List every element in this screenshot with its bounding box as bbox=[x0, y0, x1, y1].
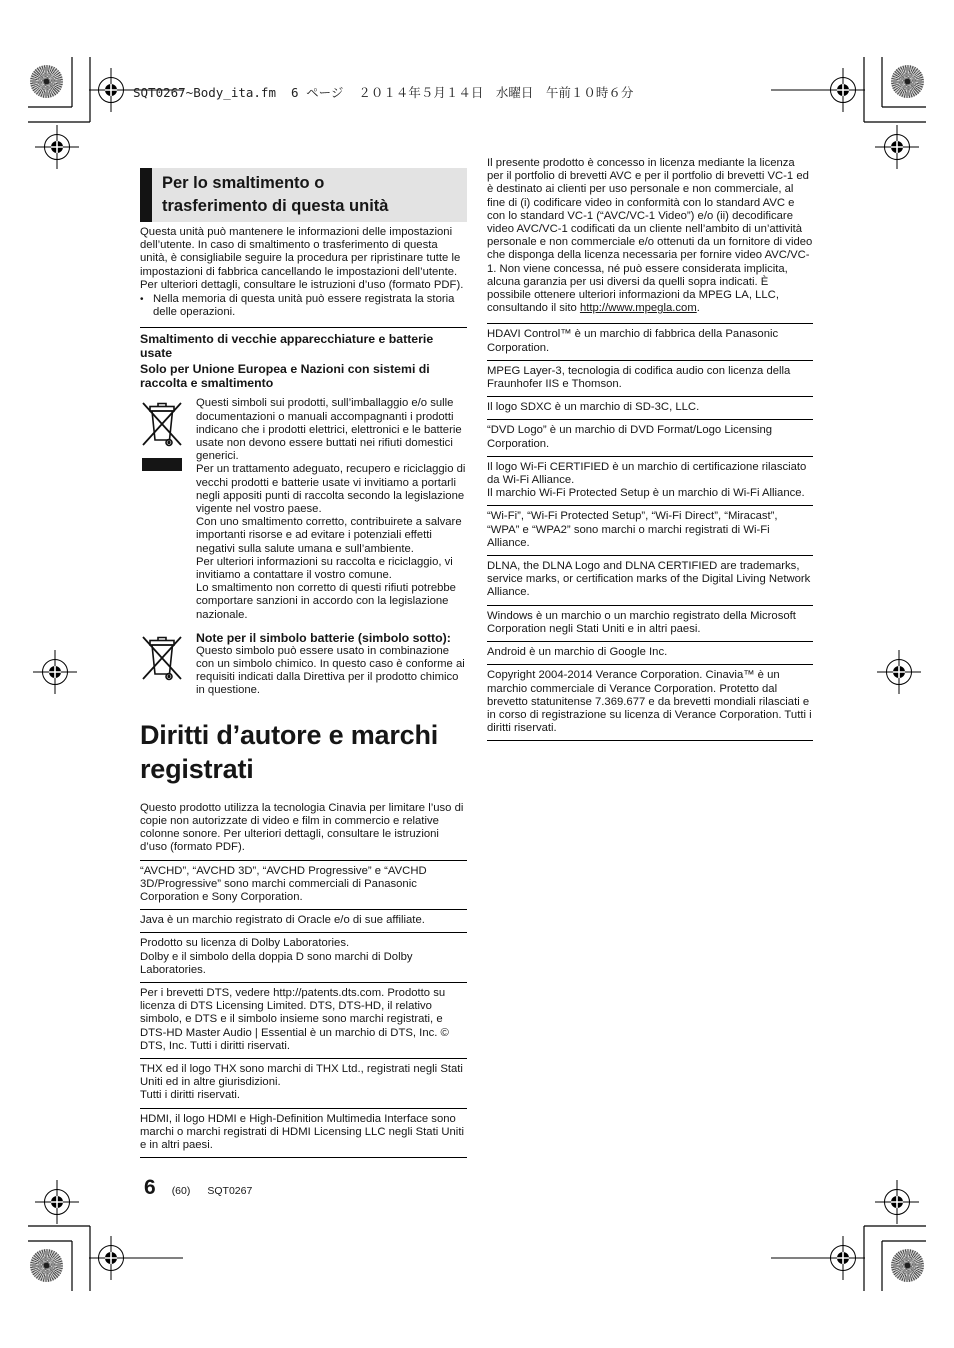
right-column: Il presente prodotto è concesso in licen… bbox=[487, 157, 813, 745]
trademark-item-thx: THX ed il logo THX sono marchi di THX Lt… bbox=[140, 1063, 467, 1103]
trademark-item-wifi-certified: Il logo Wi-Fi CERTIFIED è un marchio di … bbox=[487, 461, 813, 501]
disposal-bullet-item: • Nella memoria di questa unità può esse… bbox=[140, 293, 467, 319]
weee-paragraph: Lo smaltimento non corretto di questi ri… bbox=[196, 582, 467, 622]
weee-bin-icon bbox=[140, 398, 184, 448]
trademark-item-dlna: DLNA, the DLNA Logo and DLNA CERTIFIED a… bbox=[487, 560, 813, 600]
divider bbox=[487, 419, 813, 420]
weee-paragraph: Questi simboli sui prodotti, sull’imball… bbox=[196, 397, 467, 463]
avc-license-paragraph: Il presente prodotto è concesso in licen… bbox=[487, 157, 813, 315]
trademark-item-avchd: “AVCHD”, “AVCHD 3D”, “AVCHD Progressive”… bbox=[140, 865, 467, 905]
trademark-item-android: Android è un marchio di Google Inc. bbox=[487, 646, 813, 659]
cinavia-intro: Questo prodotto utilizza la tecnologia C… bbox=[140, 802, 467, 855]
copyright-section-title: Diritti d’autore e marchi registrati bbox=[140, 718, 467, 786]
trademark-item-hdavi: HDAVI Control™ è un marchio di fabbrica … bbox=[487, 328, 813, 354]
registration-mark-icon bbox=[89, 68, 133, 112]
page-footer: 6 (60) SQT0267 bbox=[144, 1176, 252, 1200]
disposal-body: Questa unità può mantenere le informazio… bbox=[140, 226, 467, 292]
divider bbox=[487, 323, 813, 324]
weee-date-bar bbox=[142, 458, 182, 471]
registration-mark-icon bbox=[35, 1180, 79, 1224]
battery-icon-cell bbox=[140, 631, 196, 698]
avc-license-text: Il presente prodotto è concesso in licen… bbox=[487, 157, 812, 314]
weee-symbol-block: Questi simboli sui prodotti, sull’imball… bbox=[140, 397, 467, 621]
divider bbox=[487, 740, 813, 741]
trademark-item-sdxc: Il logo SDXC è un marchio di SD-3C, LLC. bbox=[487, 401, 813, 414]
divider bbox=[140, 860, 467, 861]
crop-mark bbox=[28, 57, 90, 122]
divider bbox=[487, 555, 813, 556]
bullet-icon: • bbox=[140, 293, 153, 319]
document-header-line: SQT0267~Body_ita.fm 6 ページ ２０１４年５月１４日 水曜日… bbox=[133, 83, 633, 101]
pinwheel-icon bbox=[891, 65, 924, 98]
weee-icon-cell bbox=[140, 397, 196, 621]
disposal-section-title: Per lo smaltimento o trasferimento di qu… bbox=[140, 168, 467, 222]
battery-note-body: Questo simbolo può essere usato in combi… bbox=[196, 645, 467, 698]
crop-mark bbox=[864, 57, 926, 122]
trademark-item-java: Java è un marchio registrato di Oracle e… bbox=[140, 914, 467, 927]
battery-bin-icon bbox=[140, 632, 184, 682]
weee-text: Questi simboli sui prodotti, sull’imball… bbox=[196, 397, 467, 621]
mpegla-url-link[interactable]: http://www.mpegla.com bbox=[580, 302, 697, 314]
weee-paragraph: Per ulteriori informazioni su raccolta e… bbox=[196, 556, 467, 582]
divider bbox=[140, 909, 467, 910]
divider bbox=[140, 982, 467, 983]
document-code: SQT0267 bbox=[207, 1185, 252, 1197]
trademark-item-dvd-logo: “DVD Logo” è un marchio di DVD Format/Lo… bbox=[487, 424, 813, 450]
registration-mark-icon bbox=[821, 68, 865, 112]
divider bbox=[140, 932, 467, 933]
trademark-item-verance: Copyright 2004-2014 Verance Corporation.… bbox=[487, 669, 813, 735]
battery-symbol-block: Note per il simbolo batterie (simbolo so… bbox=[140, 631, 467, 698]
weee-paragraph: Per un trattamento adeguato, recupero e … bbox=[196, 463, 467, 516]
battery-text: Note per il simbolo batterie (simbolo so… bbox=[196, 631, 467, 698]
trademark-item-wifi-marks: “Wi-Fi”, “Wi-Fi Protected Setup”, “Wi-Fi… bbox=[487, 510, 813, 550]
manual-page: SQT0267~Body_ita.fm 6 ページ ２０１４年５月１４日 水曜日… bbox=[0, 0, 954, 1348]
divider bbox=[487, 456, 813, 457]
trademark-item-mpeg-layer3: MPEG Layer-3, tecnologia di codifica aud… bbox=[487, 365, 813, 391]
divider bbox=[140, 1108, 467, 1109]
divider bbox=[487, 605, 813, 606]
crop-mark bbox=[28, 1226, 90, 1291]
registration-mark-icon bbox=[89, 1236, 133, 1280]
divider bbox=[487, 641, 813, 642]
page-number: 6 bbox=[144, 1176, 156, 1200]
trademark-item-windows: Windows è un marchio o un marchio regist… bbox=[487, 610, 813, 636]
trademark-item-hdmi: HDMI, il logo HDMI e High-Definition Mul… bbox=[140, 1113, 467, 1153]
trademark-item-dolby: Prodotto su licenza di Dolby Laboratorie… bbox=[140, 937, 467, 977]
trademark-item-dts: Per i brevetti DTS, vedere http://patent… bbox=[140, 987, 467, 1053]
battery-note-title: Note per il simbolo batterie (simbolo so… bbox=[196, 631, 467, 645]
avc-license-text-end: . bbox=[697, 302, 700, 314]
registration-mark-icon bbox=[33, 650, 77, 694]
divider bbox=[487, 505, 813, 506]
registration-mark-icon bbox=[875, 125, 919, 169]
page-in-series: (60) bbox=[172, 1185, 191, 1197]
registration-mark-icon bbox=[35, 125, 79, 169]
registration-mark-icon bbox=[875, 1180, 919, 1224]
pinwheel-icon bbox=[891, 1249, 924, 1282]
divider bbox=[487, 664, 813, 665]
divider bbox=[487, 396, 813, 397]
weee-heading-1: Smaltimento di vecchie apparecchiature e… bbox=[140, 332, 467, 360]
weee-paragraph: Con uno smaltimento corretto, contribuir… bbox=[196, 516, 467, 556]
registration-mark-icon bbox=[821, 1236, 865, 1280]
divider bbox=[140, 327, 467, 328]
weee-heading-2: Solo per Unione Europea e Nazioni con si… bbox=[140, 362, 467, 390]
registration-mark-icon bbox=[877, 650, 921, 694]
divider bbox=[140, 1157, 467, 1158]
left-column: Per lo smaltimento o trasferimento di qu… bbox=[140, 168, 467, 1162]
disposal-bullet-text: Nella memoria di questa unità può essere… bbox=[153, 293, 467, 319]
divider bbox=[487, 360, 813, 361]
crop-mark bbox=[864, 1226, 926, 1291]
divider bbox=[140, 1058, 467, 1059]
pinwheel-icon bbox=[30, 65, 63, 98]
pinwheel-icon bbox=[30, 1249, 63, 1282]
